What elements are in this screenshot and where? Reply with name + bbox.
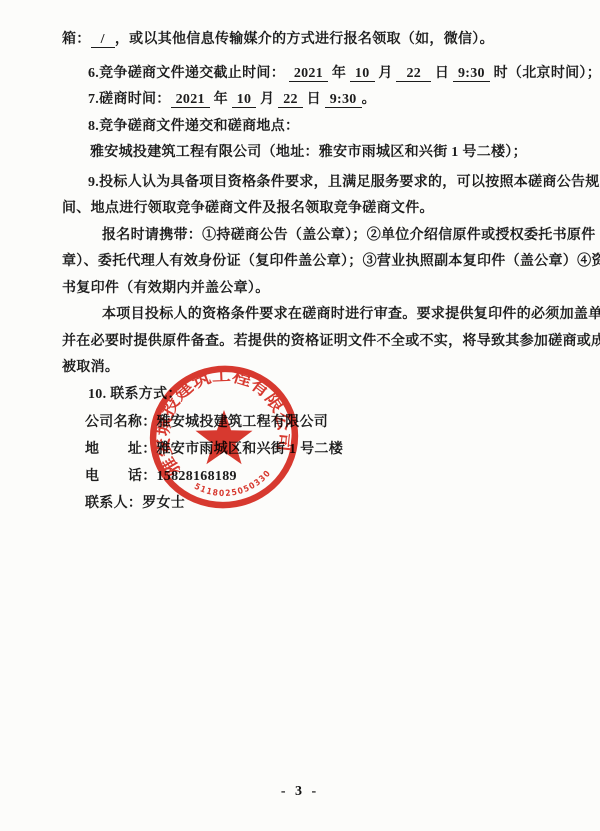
registration-bring-line-1: 报名时请携带：①持磋商公告（盖公章）；②单位介绍信原件或授权委托书原件（盖公 [62, 223, 544, 250]
continuation-line: 箱：/，或以其他信息传输媒介的方式进行报名领取（如，微信）。 [62, 27, 544, 54]
deadline-line: 6.竞争磋商文件递交截止时间： 2021 年 10 月 22 日 9:30 时（… [62, 61, 544, 88]
year-unit-2: 年 [210, 92, 232, 107]
contact-person-label: 联系人： [85, 496, 142, 511]
document-page: 箱：/，或以其他信息传输媒介的方式进行报名领取（如，微信）。 6.竞争磋商文件递… [0, 0, 600, 831]
location-line: 雅安城投建筑工程有限公司（地址：雅安市雨城区和兴街 1 号二楼）； [62, 140, 544, 167]
registration-bring-line-2: 章）、委托代理人有效身份证（复印件盖公章）；③营业执照副本复印件（盖公章）④资质… [62, 249, 544, 276]
mailbox-blank-value: / [91, 32, 115, 48]
negotiation-day: 22 [278, 92, 303, 108]
registration-bring-line-3: 书复印件（有效期内并盖公章）。 [62, 276, 544, 303]
negotiation-time-line: 7.磋商时间：2021 年 10 月 22 日 9:30。 [62, 87, 544, 114]
negotiation-month: 10 [232, 92, 257, 108]
negotiation-time: 9:30 [325, 92, 362, 108]
contact-row-address: 地 址：雅安市雨城区和兴街 1 号二楼 [85, 436, 544, 463]
phone-label: 电 话： [85, 469, 157, 484]
contact-row-phone: 电 话：15828168189 [85, 463, 544, 490]
company-name-value: 雅安城投建筑工程有限公司 [157, 415, 329, 430]
deadline-label: 6.竞争磋商文件递交截止时间： [88, 66, 289, 81]
contact-row-company: 公司名称：雅安城投建筑工程有限公司 [85, 409, 544, 436]
qualification-review-line-2: 并在必要时提供原件备查。若提供的资格证明文件不全或不实，将导致其参加磋商或成交资… [62, 329, 544, 356]
deadline-year: 2021 [289, 66, 328, 82]
page-number: - 3 - [0, 784, 600, 800]
address-value: 雅安市雨城区和兴街 1 号二楼 [157, 442, 344, 457]
qualification-review-line-1: 本项目投标人的资格条件要求在磋商时进行审查。要求提供复印件的必须加盖单位印章， [62, 302, 544, 329]
deadline-month: 10 [350, 66, 375, 82]
eligibility-line-1: 9.投标人认为具备项目资格条件要求，且满足服务要求的，可以按照本磋商公告规定的时 [62, 170, 544, 197]
month-unit-2: 月 [256, 92, 278, 107]
deadline-day: 22 [396, 66, 431, 82]
contact-row-person: 联系人：罗女士 [85, 490, 544, 517]
day-unit-2: 日 [303, 92, 325, 107]
contact-block: 公司名称：雅安城投建筑工程有限公司 地 址：雅安市雨城区和兴街 1 号二楼 电 … [85, 409, 544, 517]
document-body: 箱：/，或以其他信息传输媒介的方式进行报名领取（如，微信）。 6.竞争磋商文件递… [62, 27, 544, 517]
contact-person-value: 罗女士 [142, 496, 185, 511]
deadline-time: 9:30 [453, 66, 490, 82]
negotiation-suffix: 。 [362, 92, 376, 107]
mailbox-tail: ，或以其他信息传输媒介的方式进行报名领取（如，微信）。 [115, 32, 494, 47]
phone-value: 15828168189 [157, 469, 237, 484]
address-label: 地 址： [85, 442, 157, 457]
contact-heading: 10. 联系方式： [62, 382, 544, 409]
day-unit: 日 [431, 66, 453, 81]
mailbox-label: 箱： [62, 32, 91, 47]
year-unit: 年 [328, 66, 350, 81]
company-name-label: 公司名称： [85, 415, 157, 430]
qualification-review-line-3: 被取消。 [62, 355, 544, 382]
negotiation-label: 7.磋商时间： [88, 92, 171, 107]
location-heading-line: 8.竞争磋商文件递交和磋商地点： [62, 114, 544, 141]
negotiation-year: 2021 [171, 92, 210, 108]
deadline-suffix: 时（北京时间）； [490, 66, 600, 81]
eligibility-line-2: 间、地点进行领取竞争磋商文件及报名领取竞争磋商文件。 [62, 196, 544, 223]
month-unit: 月 [375, 66, 397, 81]
